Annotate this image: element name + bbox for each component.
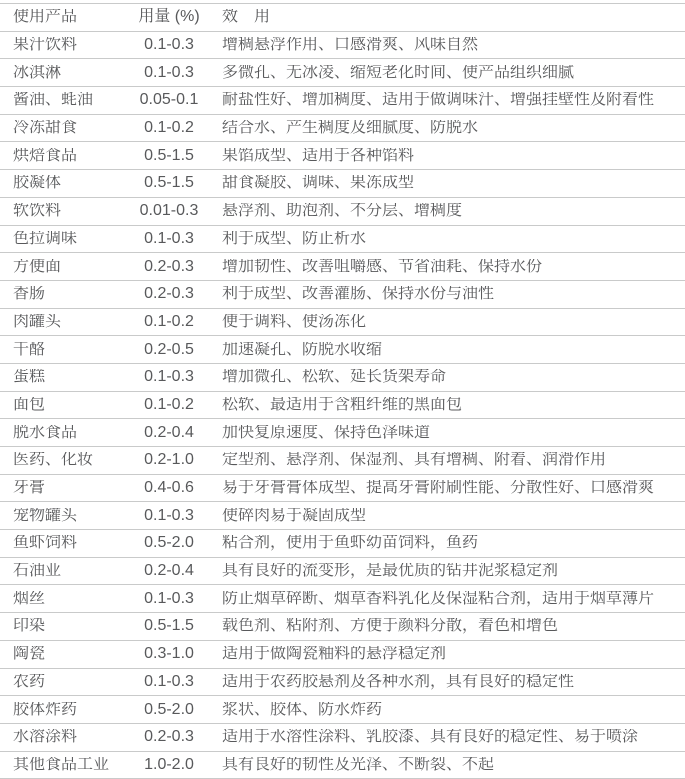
table-row: 蛋糕 0.1-0.3 增加微孔、松软、延长货架寿命 bbox=[0, 364, 685, 392]
effect-cell: 适用于农药胶悬剂及各种水剂，具有良好的稳定性 bbox=[211, 674, 685, 690]
table-row: 冷冻甜食 0.1-0.2 结合水、产生稠度及细腻度、防脱水 bbox=[0, 115, 685, 143]
table-row: 酱油、蚝油 0.05-0.1 耐盐性好、增加稠度、适用于做调味汁、增强挂壁性及附… bbox=[0, 87, 685, 115]
table-row: 肉罐头 0.1-0.2 便于调料、使汤冻化 bbox=[0, 309, 685, 337]
dosage-cell: 0.1-0.3 bbox=[127, 37, 211, 53]
table-row: 烟丝 0.1-0.3 防止烟草碎断、烟草香料乳化及保湿粘合剂，适用于烟草薄片 bbox=[0, 585, 685, 613]
effect-cell: 粘合剂，使用于鱼虾幼苗饲料，鱼药 bbox=[211, 535, 685, 551]
header-dosage: 用量 (%) bbox=[127, 9, 211, 25]
effect-cell: 增加微孔、松软、延长货架寿命 bbox=[211, 369, 685, 385]
table-row: 干酪 0.2-0.5 加速凝孔、防脱水收缩 bbox=[0, 336, 685, 364]
product-cell: 软饮料 bbox=[0, 203, 127, 219]
product-cell: 脱水食品 bbox=[0, 425, 127, 441]
dosage-cell: 0.2-0.5 bbox=[127, 342, 211, 358]
dosage-cell: 0.5-1.5 bbox=[127, 148, 211, 164]
effect-cell: 果馅成型、适用于各种馅料 bbox=[211, 148, 685, 164]
dosage-cell: 1.0-2.0 bbox=[127, 757, 211, 773]
product-cell: 冷冻甜食 bbox=[0, 120, 127, 136]
product-cell: 烘焙食品 bbox=[0, 148, 127, 164]
effect-cell: 加速凝孔、防脱水收缩 bbox=[211, 342, 685, 358]
dosage-cell: 0.1-0.3 bbox=[127, 65, 211, 81]
product-cell: 冰淇淋 bbox=[0, 65, 127, 81]
dosage-cell: 0.2-0.4 bbox=[127, 425, 211, 441]
table-row: 面包 0.1-0.2 松软、最适用于含粗纤维的黑面包 bbox=[0, 392, 685, 420]
table-row: 方便面 0.2-0.3 增加韧性、改善咀嚼感、节省油耗、保持水份 bbox=[0, 253, 685, 281]
product-cell: 酱油、蚝油 bbox=[0, 92, 127, 108]
table-row: 胶凝体 0.5-1.5 甜食凝胶、调味、果冻成型 bbox=[0, 170, 685, 198]
effect-cell: 防止烟草碎断、烟草香料乳化及保湿粘合剂，适用于烟草薄片 bbox=[211, 591, 685, 607]
product-cell: 胶体炸药 bbox=[0, 702, 127, 718]
table-row: 水溶涂料 0.2-0.3 适用于水溶性涂料、乳胶漆、具有良好的稳定性、易于喷涂 bbox=[0, 724, 685, 752]
product-cell: 陶瓷 bbox=[0, 646, 127, 662]
table-row: 胶体炸药 0.5-2.0 浆状、胶体、防水炸药 bbox=[0, 696, 685, 724]
dosage-cell: 0.2-0.3 bbox=[127, 259, 211, 275]
table-row: 色拉调味 0.1-0.3 利于成型、防止析水 bbox=[0, 226, 685, 254]
dosage-cell: 0.2-0.4 bbox=[127, 563, 211, 579]
dosage-cell: 0.2-0.3 bbox=[127, 729, 211, 745]
header-product: 使用产品 bbox=[0, 9, 127, 25]
dosage-cell: 0.5-1.5 bbox=[127, 175, 211, 191]
dosage-cell: 0.1-0.2 bbox=[127, 397, 211, 413]
effect-cell: 增加韧性、改善咀嚼感、节省油耗、保持水份 bbox=[211, 259, 685, 275]
product-cell: 干酪 bbox=[0, 342, 127, 358]
table-row: 冰淇淋 0.1-0.3 多微孔、无冰凌、缩短老化时间、使产品组织细腻 bbox=[0, 59, 685, 87]
header-effect: 效 用 bbox=[211, 9, 685, 25]
table-row: 果汁饮料 0.1-0.3 增稠悬浮作用、口感滑爽、风味自然 bbox=[0, 32, 685, 60]
effect-cell: 结合水、产生稠度及细腻度、防脱水 bbox=[211, 120, 685, 136]
product-cell: 烟丝 bbox=[0, 591, 127, 607]
effect-cell: 利于成型、防止析水 bbox=[211, 231, 685, 247]
effect-cell: 具有良好的流变形，是最优质的钻井泥浆稳定剂 bbox=[211, 563, 685, 579]
table-row: 软饮料 0.01-0.3 悬浮剂、助泡剂、不分层、增稠度 bbox=[0, 198, 685, 226]
table-row: 其他食品工业 1.0-2.0 具有良好的韧性及光泽、不断裂、不起 bbox=[0, 752, 685, 779]
table-row: 陶瓷 0.3-1.0 适用于做陶瓷釉料的悬浮稳定剂 bbox=[0, 641, 685, 669]
dosage-cell: 0.05-0.1 bbox=[127, 92, 211, 108]
table-row: 医药、化妆 0.2-1.0 定型剂、悬浮剂、保湿剂、具有增稠、附着、润滑作用 bbox=[0, 447, 685, 475]
product-cell: 石油业 bbox=[0, 563, 127, 579]
effect-cell: 易于牙膏膏体成型、提高牙膏附刷性能、分散性好、口感滑爽 bbox=[211, 480, 685, 496]
product-cell: 宠物罐头 bbox=[0, 508, 127, 524]
dosage-cell: 0.1-0.2 bbox=[127, 314, 211, 330]
dosage-cell: 0.4-0.6 bbox=[127, 480, 211, 496]
effect-cell: 增稠悬浮作用、口感滑爽、风味自然 bbox=[211, 37, 685, 53]
product-cell: 蛋糕 bbox=[0, 369, 127, 385]
product-cell: 肉罐头 bbox=[0, 314, 127, 330]
table-row: 鱼虾饲料 0.5-2.0 粘合剂，使用于鱼虾幼苗饲料，鱼药 bbox=[0, 530, 685, 558]
effect-cell: 多微孔、无冰凌、缩短老化时间、使产品组织细腻 bbox=[211, 65, 685, 81]
effect-cell: 定型剂、悬浮剂、保湿剂、具有增稠、附着、润滑作用 bbox=[211, 452, 685, 468]
effect-cell: 加快复原速度、保持色泽味道 bbox=[211, 425, 685, 441]
effect-cell: 耐盐性好、增加稠度、适用于做调味汁、增强挂壁性及附着性 bbox=[211, 92, 685, 108]
product-cell: 农药 bbox=[0, 674, 127, 690]
effect-cell: 适用于水溶性涂料、乳胶漆、具有良好的稳定性、易于喷涂 bbox=[211, 729, 685, 745]
dosage-cell: 0.3-1.0 bbox=[127, 646, 211, 662]
table-row: 宠物罐头 0.1-0.3 使碎肉易于凝固成型 bbox=[0, 502, 685, 530]
table-row: 牙膏 0.4-0.6 易于牙膏膏体成型、提高牙膏附刷性能、分散性好、口感滑爽 bbox=[0, 475, 685, 503]
dosage-cell: 0.2-1.0 bbox=[127, 452, 211, 468]
effect-cell: 便于调料、使汤冻化 bbox=[211, 314, 685, 330]
effect-cell: 甜食凝胶、调味、果冻成型 bbox=[211, 175, 685, 191]
dosage-cell: 0.1-0.3 bbox=[127, 591, 211, 607]
dosage-cell: 0.1-0.3 bbox=[127, 369, 211, 385]
dosage-cell: 0.5-1.5 bbox=[127, 618, 211, 634]
effect-cell: 适用于做陶瓷釉料的悬浮稳定剂 bbox=[211, 646, 685, 662]
product-cell: 印染 bbox=[0, 618, 127, 634]
table-row: 印染 0.5-1.5 载色剂、粘附剂、方便于颜料分散，着色和增色 bbox=[0, 613, 685, 641]
product-cell: 香肠 bbox=[0, 286, 127, 302]
table-row: 农药 0.1-0.3 适用于农药胶悬剂及各种水剂，具有良好的稳定性 bbox=[0, 669, 685, 697]
effect-cell: 浆状、胶体、防水炸药 bbox=[211, 702, 685, 718]
product-cell: 其他食品工业 bbox=[0, 757, 127, 773]
dosage-cell: 0.5-2.0 bbox=[127, 535, 211, 551]
dosage-cell: 0.1-0.3 bbox=[127, 674, 211, 690]
product-cell: 方便面 bbox=[0, 259, 127, 275]
product-usage-table: 使用产品 用量 (%) 效 用 果汁饮料 0.1-0.3 增稠悬浮作用、口感滑爽… bbox=[0, 3, 685, 779]
dosage-cell: 0.1-0.3 bbox=[127, 508, 211, 524]
table-header-row: 使用产品 用量 (%) 效 用 bbox=[0, 4, 685, 32]
dosage-cell: 0.01-0.3 bbox=[127, 203, 211, 219]
product-cell: 牙膏 bbox=[0, 480, 127, 496]
effect-cell: 利于成型、改善灌肠、保持水份与油性 bbox=[211, 286, 685, 302]
product-cell: 鱼虾饲料 bbox=[0, 535, 127, 551]
table-row: 香肠 0.2-0.3 利于成型、改善灌肠、保持水份与油性 bbox=[0, 281, 685, 309]
product-cell: 水溶涂料 bbox=[0, 729, 127, 745]
table-row: 脱水食品 0.2-0.4 加快复原速度、保持色泽味道 bbox=[0, 419, 685, 447]
effect-cell: 悬浮剂、助泡剂、不分层、增稠度 bbox=[211, 203, 685, 219]
table-row: 石油业 0.2-0.4 具有良好的流变形，是最优质的钻井泥浆稳定剂 bbox=[0, 558, 685, 586]
product-cell: 色拉调味 bbox=[0, 231, 127, 247]
table-body: 果汁饮料 0.1-0.3 增稠悬浮作用、口感滑爽、风味自然 冰淇淋 0.1-0.… bbox=[0, 32, 685, 779]
product-cell: 面包 bbox=[0, 397, 127, 413]
product-cell: 胶凝体 bbox=[0, 175, 127, 191]
effect-cell: 松软、最适用于含粗纤维的黑面包 bbox=[211, 397, 685, 413]
dosage-cell: 0.5-2.0 bbox=[127, 702, 211, 718]
effect-cell: 具有良好的韧性及光泽、不断裂、不起 bbox=[211, 757, 685, 773]
effect-cell: 载色剂、粘附剂、方便于颜料分散，着色和增色 bbox=[211, 618, 685, 634]
product-cell: 医药、化妆 bbox=[0, 452, 127, 468]
effect-cell: 使碎肉易于凝固成型 bbox=[211, 508, 685, 524]
product-cell: 果汁饮料 bbox=[0, 37, 127, 53]
table-row: 烘焙食品 0.5-1.5 果馅成型、适用于各种馅料 bbox=[0, 142, 685, 170]
dosage-cell: 0.2-0.3 bbox=[127, 286, 211, 302]
dosage-cell: 0.1-0.2 bbox=[127, 120, 211, 136]
dosage-cell: 0.1-0.3 bbox=[127, 231, 211, 247]
